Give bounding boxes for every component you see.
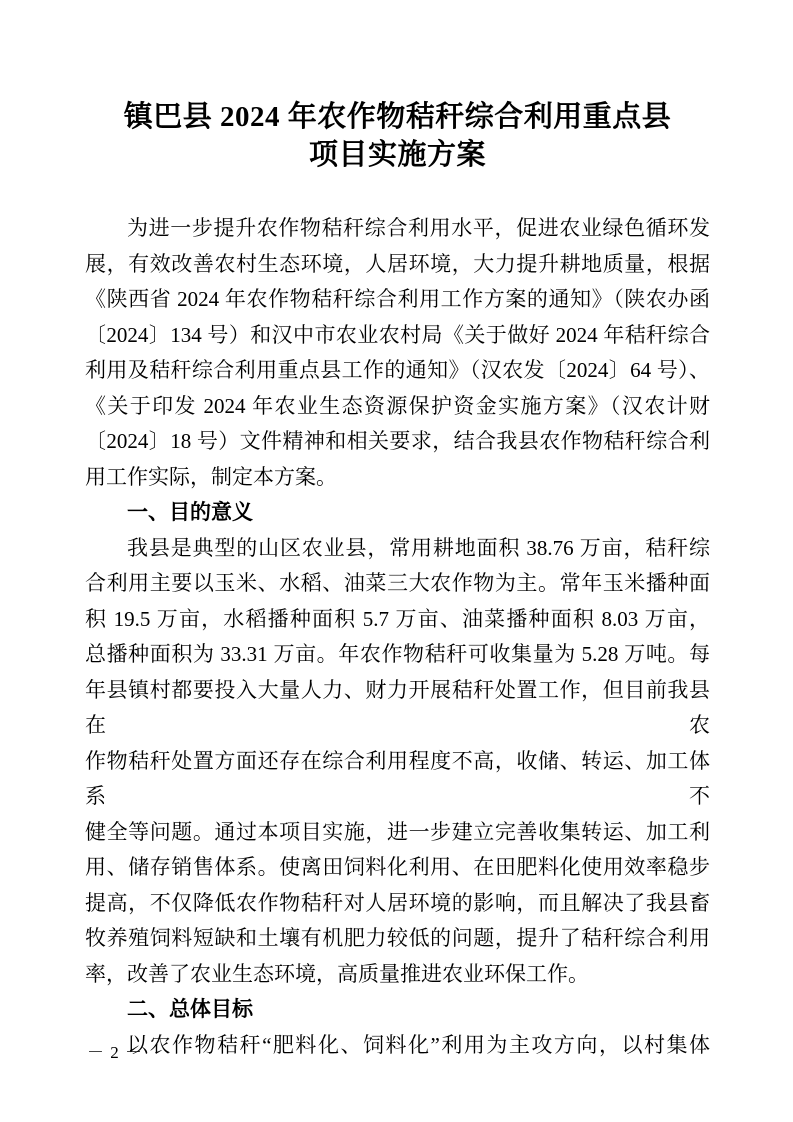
paragraph-line: 展，有效改善农村生态环境，人居环境，大力提升耕地质量，根据 (85, 247, 710, 283)
paragraph-line: 《陕西省 2024 年农作物秸秆综合利用工作方案的通知》（陕农办函 (85, 282, 710, 318)
paragraph-line: 提高，不仅降低农作物秸秆对人居环境的影响，而且解决了我县畜 (85, 886, 710, 922)
paragraph-line: 利用及秸秆综合利用重点县工作的通知》（汉农发〔2024〕64 号）、 (85, 353, 710, 389)
section-heading: 二、总体目标 (85, 992, 710, 1028)
title-line-1: 镇巴县 2024 年农作物秸秆综合利用重点县 (85, 98, 710, 136)
paragraph-line: 作物秸秆处置方面还存在综合利用程度不高，收储、转运、加工体系不 (85, 744, 710, 815)
paragraph-line: 用工作实际，制定本方案。 (85, 460, 710, 496)
document-page: 镇巴县 2024 年农作物秸秆综合利用重点县 项目实施方案 为进一步提升农作物秸… (0, 0, 793, 1122)
paragraph-line: 积 19.5 万亩，水稻播种面积 5.7 万亩、油菜播种面积 8.03 万亩， (85, 602, 710, 638)
paragraph-line: 《关于印发 2024 年农业生态资源保护资金实施方案》（汉农计财 (85, 389, 710, 425)
paragraph-line: 合利用主要以玉米、水稻、油菜三大农作物为主。常年玉米播种面 (85, 566, 710, 602)
paragraph-line: 以农作物秸秆“肥料化、饲料化”利用为主攻方向，以村集体 (85, 1028, 710, 1064)
paragraph-line: 率，改善了农业生态环境，高质量推进农业环保工作。 (85, 957, 710, 993)
paragraph-line: 用、储存销售体系。使离田饲料化利用、在田肥料化使用效率稳步 (85, 850, 710, 886)
paragraph-line: 牧养殖饲料短缺和土壤有机肥力较低的问题，提升了秸秆综合利用 (85, 921, 710, 957)
title-line-2: 项目实施方案 (85, 136, 710, 174)
document-title: 镇巴县 2024 年农作物秸秆综合利用重点县 项目实施方案 (85, 98, 710, 174)
paragraph-line: 〔2024〕18 号）文件精神和相关要求，结合我县农作物秸秆综合利 (85, 424, 710, 460)
document-body: 为进一步提升农作物秸秆综合利用水平，促进农业绿色循环发展，有效改善农村生态环境，… (85, 211, 710, 1063)
paragraph-line: 〔2024〕134 号）和汉中市农业农村局《关于做好 2024 年秸秆综合 (85, 318, 710, 354)
paragraph-line: 健全等问题。通过本项目实施，进一步建立完善收集转运、加工利 (85, 815, 710, 851)
page-number: － 2 － (87, 1038, 143, 1063)
paragraph-line: 总播种面积为 33.31 万亩。年农作物秸秆可收集量为 5.28 万吨。每 (85, 637, 710, 673)
paragraph-line: 年县镇村都要投入大量人力、财力开展秸秆处置工作，但目前我县在农 (85, 673, 710, 744)
section-heading: 一、目的意义 (85, 495, 710, 531)
paragraph-line: 为进一步提升农作物秸秆综合利用水平，促进农业绿色循环发 (85, 211, 710, 247)
document-content: 镇巴县 2024 年农作物秸秆综合利用重点县 项目实施方案 为进一步提升农作物秸… (85, 98, 710, 1063)
paragraph-line: 我县是典型的山区农业县，常用耕地面积 38.76 万亩，秸秆综 (85, 531, 710, 567)
